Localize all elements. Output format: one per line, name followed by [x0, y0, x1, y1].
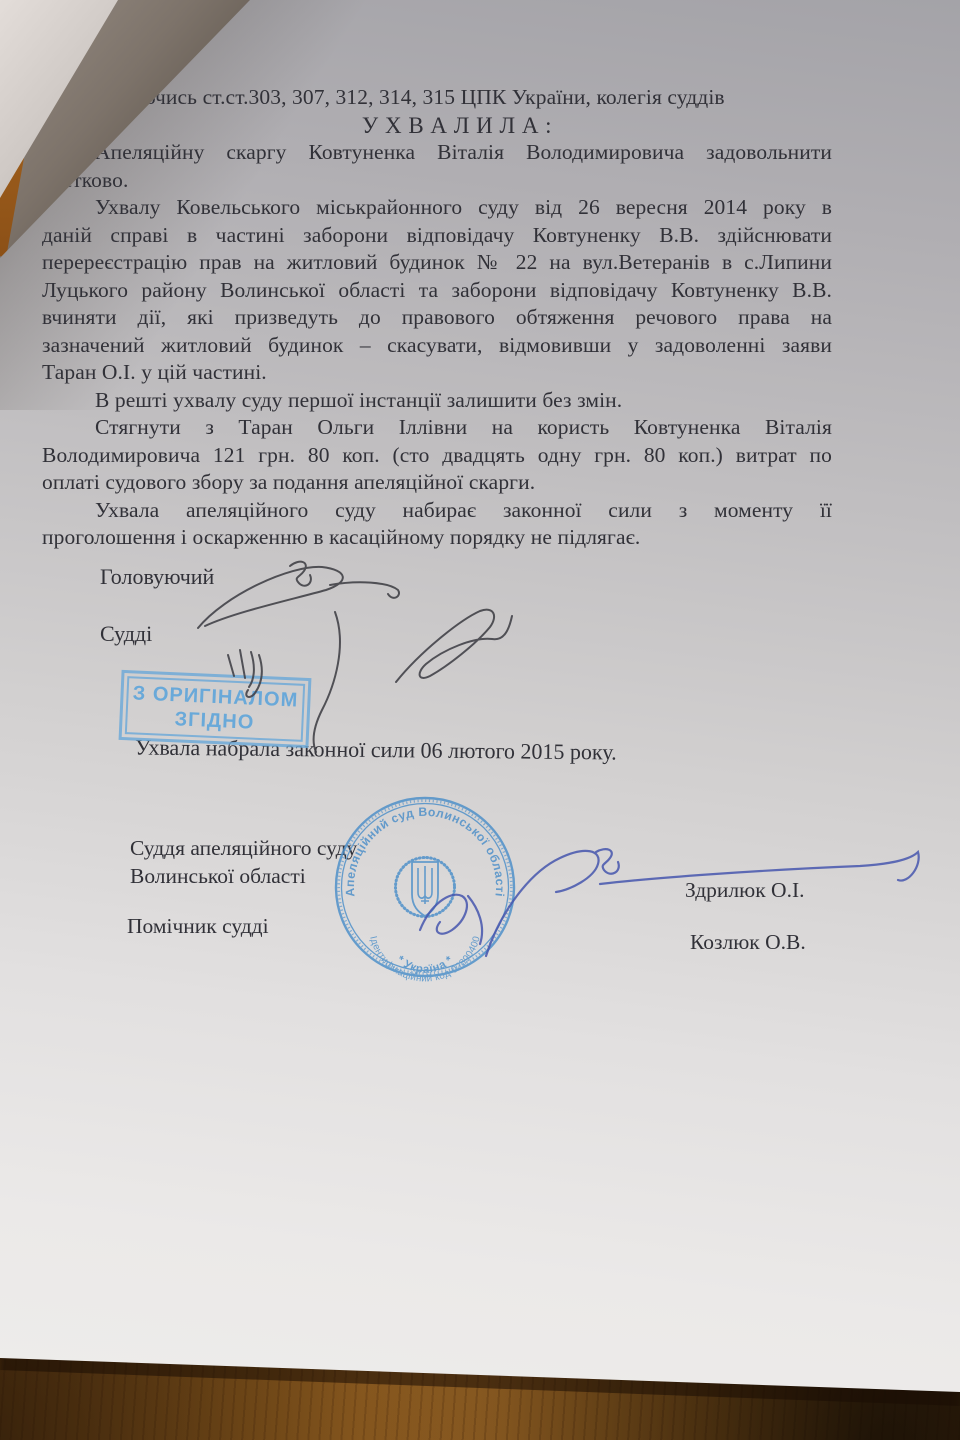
- paragraph-line: Ухвалу Ковельського міськрайонного суду …: [42, 194, 832, 222]
- paragraph-line: зазначений житловий будинок – скасувати,…: [42, 332, 832, 360]
- paragraph-line: даній справі в частині заборони відповід…: [42, 222, 832, 250]
- chairman-signature: [198, 562, 399, 628]
- document-page: Керуючись ст.ст.303, 307, 312, 314, 315 …: [0, 0, 960, 1440]
- judge-role-line2: Волинської області: [130, 864, 306, 889]
- paragraph-line: В решті ухвалу суду першої інстанції зал…: [42, 387, 832, 415]
- assistant-role: Помічник судді: [127, 914, 269, 939]
- seal-code-text: Ідентифікаційний код 02890400: [367, 935, 483, 985]
- ruling-title: У Х В А Л И Л А :: [42, 112, 832, 140]
- paragraph-line: перереєстрацію прав на житловий будинок …: [42, 249, 832, 277]
- paragraph-line: Апеляційну скаргу Ковтуненка Віталія Вол…: [42, 139, 832, 167]
- paragraph-line: вчиняти дії, які призведуть до правового…: [42, 304, 832, 332]
- judge-signature-right: [396, 610, 512, 682]
- certified-copy-stamp-text: З ОРИГІНАЛОМ ЗГІДНО: [125, 676, 305, 742]
- trident-icon: [418, 866, 432, 904]
- svg-text:Ідентифікаційний код 02890400: Ідентифікаційний код 02890400: [367, 935, 483, 985]
- paragraph-line: Ухвала апеляційного суду набирає законно…: [42, 497, 832, 525]
- paragraph-line: Володимировича 121 грн. 80 коп. (сто два…: [42, 442, 832, 470]
- court-round-seal: Апеляційний суд Волинської області Ідент…: [325, 790, 530, 990]
- judge-role-line1: Суддя апеляційного суду: [130, 836, 357, 861]
- paragraph-line: Луцького району Волинської області та за…: [42, 277, 832, 305]
- paragraph-line: Стягнути з Таран Ольги Іллівни на корист…: [42, 414, 832, 442]
- judges-label: Судді: [100, 621, 152, 647]
- ruling-body: Керуючись ст.ст.303, 307, 312, 314, 315 …: [42, 84, 832, 552]
- certified-copy-stamp: З ОРИГІНАЛОМ ЗГІДНО: [119, 670, 312, 748]
- paragraph-line: Таран О.І. у цій частині.: [42, 359, 832, 387]
- judge-name: Здрилюк О.І.: [685, 878, 804, 903]
- chairman-label: Головуючий: [100, 564, 214, 590]
- paragraph-line: оплаті судового збору за подання апеляці…: [42, 469, 832, 497]
- assistant-name: Козлюк О.В.: [690, 930, 806, 955]
- paragraph-line: частково.: [42, 167, 832, 195]
- paragraph-line: проголошення і оскарженню в касаційному …: [42, 524, 832, 552]
